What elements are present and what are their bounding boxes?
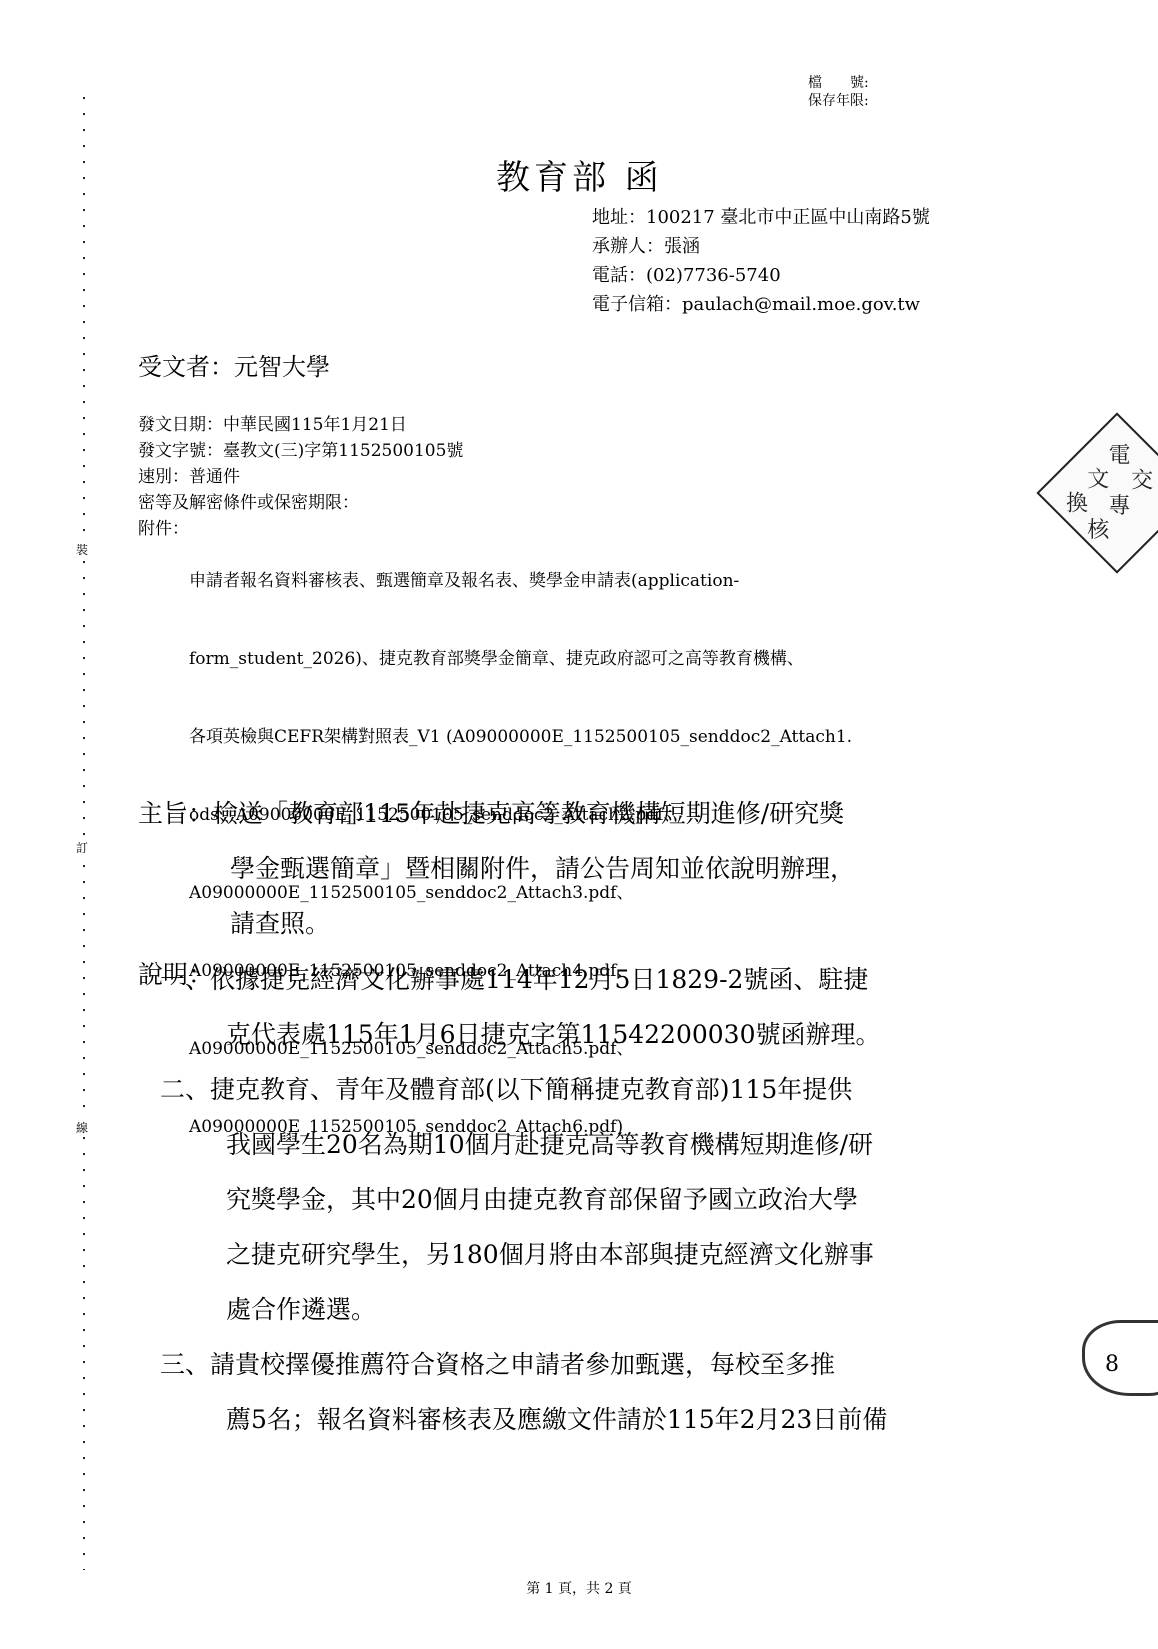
security-level: 密等及解密條件或保密期限： xyxy=(138,490,852,516)
contact-block: 地址：100217 臺北市中正區中山南路5號 承辦人：張涵 電話：(02)773… xyxy=(592,203,930,319)
seal-char: 電 xyxy=(1108,438,1130,469)
document-title: 教育部 函 xyxy=(496,150,663,199)
page-seal-stamp xyxy=(1082,1320,1158,1396)
subject-line: 請查照。 xyxy=(138,896,855,951)
phone: 電話：(02)7736-5740 xyxy=(592,261,930,290)
item-number: 二、 xyxy=(160,1075,210,1104)
item-line: 請貴校擇優推薦符合資格之申請者參加甄選，每校至多推 xyxy=(210,1350,835,1379)
subject-label: 主旨： xyxy=(138,799,213,828)
seal-char: 核 xyxy=(1087,513,1109,544)
retention-label: 保存年限: xyxy=(808,92,869,110)
handler: 承辦人：張涵 xyxy=(592,232,930,261)
seal-char: 交 xyxy=(1131,464,1153,495)
item-line: 捷克教育、青年及體育部(以下簡稱捷克教育部)115年提供 xyxy=(210,1075,852,1104)
page-seal-number: 8 xyxy=(1105,1352,1119,1377)
subject-line: 學金甄選簡章」暨相關附件，請公告周知並依說明辦理， xyxy=(138,841,855,896)
archive-info: 檔 號: 保存年限: xyxy=(808,74,869,110)
attachment-line: 各項英檢與CEFR架構對照表_V1 (A09000000E_1152500105… xyxy=(189,724,852,750)
item-number: 一、 xyxy=(160,965,210,994)
speed-category: 速別：普通件 xyxy=(138,464,852,490)
attachment-line: 申請者報名資料審核表、甄選簡章及報名表、獎學金申請表(application- xyxy=(189,568,852,594)
item-line: 依據捷克經濟文化辦事處114年12月5日1829-2號函、駐捷 xyxy=(210,965,868,994)
binding-label-xian: 線 xyxy=(76,1120,88,1136)
binding-label-zhuang: 裝 xyxy=(76,542,88,558)
recipient: 受文者：元智大學 xyxy=(138,347,330,382)
seal-char: 專 xyxy=(1108,489,1130,520)
seal-char: 文 xyxy=(1087,462,1109,493)
subject-line: 檢送「教育部115年赴捷克高等教育機構短期進修/研究獎 xyxy=(213,799,844,828)
item-line: 我國學生20名為期10個月赴捷克高等教育機構短期進修/研 xyxy=(160,1117,874,1172)
address: 地址：100217 臺北市中正區中山南路5號 xyxy=(592,203,930,232)
item-line: 之捷克研究學生，另180個月將由本部與捷克經濟文化辦事 xyxy=(160,1227,874,1282)
email: 電子信箱：paulach@mail.moe.gov.tw xyxy=(592,290,930,319)
item-line: 處合作遴選。 xyxy=(160,1282,874,1337)
item-line: 薦5名；報名資料審核表及應繳文件請於115年2月23日前備 xyxy=(160,1392,887,1447)
explanation-item-3: 三、請貴校擇優推薦符合資格之申請者參加甄選，每校至多推 薦5名；報名資料審核表及… xyxy=(160,1337,887,1447)
item-line: 克代表處115年1月6日捷克字第11542200030號函辦理。 xyxy=(160,1007,881,1062)
exchange-seal-stamp: 電 文 交 換 專 核 xyxy=(1036,412,1158,573)
subject-section: 主旨：檢送「教育部115年赴捷克高等教育機構短期進修/研究獎 學金甄選簡章」暨相… xyxy=(138,786,855,951)
issue-date: 發文日期：中華民國115年1月21日 xyxy=(138,412,852,438)
binding-label-ding: 訂 xyxy=(76,840,88,856)
explanation-item-1: 一、依據捷克經濟文化辦事處114年12月5日1829-2號函、駐捷 克代表處11… xyxy=(160,952,881,1062)
file-number-label: 檔 號: xyxy=(808,74,869,92)
binding-margin-dotted-line xyxy=(82,90,86,1570)
seal-char: 換 xyxy=(1066,486,1088,517)
document-number: 發文字號：臺教文(三)字第1152500105號 xyxy=(138,438,852,464)
attachment-line: form_student_2026)、捷克教育部獎學金簡章、捷克政府認可之高等教… xyxy=(189,646,852,672)
item-number: 三、 xyxy=(160,1350,210,1379)
explanation-item-2: 二、捷克教育、青年及體育部(以下簡稱捷克教育部)115年提供 我國學生20名為期… xyxy=(160,1062,874,1337)
page-indicator: 第 1 頁，共 2 頁 xyxy=(0,1578,1158,1598)
item-line: 究獎學金，其中20個月由捷克教育部保留予國立政治大學 xyxy=(160,1172,874,1227)
